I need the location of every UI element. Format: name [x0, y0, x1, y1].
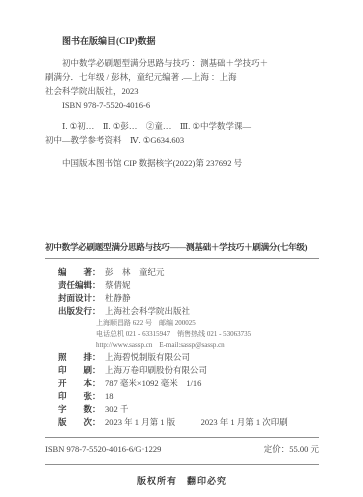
cip-classification: Ⅰ. ①初… Ⅱ. ①彭… ②童… Ⅲ. ①中学数学课— 初中—教学参考资料 Ⅳ…	[45, 119, 319, 147]
colophon-row-cover-design: 封面设计： 杜静静	[58, 292, 319, 305]
cip-record-line: 初中数学必刷题型满分思路与技巧 ：测基础＋学技巧＋	[45, 56, 319, 70]
cip-record-line: 社会科学院出版社，2023	[45, 84, 319, 98]
colophon-label: 封面设计：	[58, 292, 105, 305]
colophon: 编 著： 彭 林 童纪元 责任编辑： 蔡倩妮 封面设计： 杜静静 出版发行： 上…	[58, 266, 319, 429]
cip-isbn: ISBN 978-7-5520-4016-6	[62, 98, 319, 112]
publisher-website-email: http://www.sassp.cn E-mail:sassp@sassp.c…	[96, 340, 319, 351]
colophon-row-typesetting: 照 排： 上海碧悦制版有限公司	[58, 351, 319, 364]
cip-classification-line: 初中—教学参考资料 Ⅳ. ①G634.603	[45, 133, 319, 147]
book-title: 初中数学必刷题型满分思路与技巧——测基础＋学技巧＋刷满分(七年级)	[45, 240, 319, 254]
colophon-row-publisher: 出版发行： 上海社会科学院出版社	[58, 305, 319, 318]
cip-registry-number: 中国版本图书馆 CIP 数据核字(2022)第 237692 号	[62, 156, 319, 170]
price: 定价：55.00 元	[264, 443, 319, 456]
colophon-label: 版 次：	[58, 416, 105, 429]
colophon-row-format: 开 本： 787 毫米×1092 毫米 1/16	[58, 377, 319, 390]
colophon-label: 照 排：	[58, 351, 105, 364]
colophon-label: 责任编辑：	[58, 279, 105, 292]
colophon-row-author: 编 著： 彭 林 童纪元	[58, 266, 319, 279]
cip-record-paragraph: 初中数学必刷题型满分思路与技巧 ：测基础＋学技巧＋ 刷满分．七年级 / 彭林，童…	[45, 56, 319, 98]
colophon-value: 上海碧悦制版有限公司	[105, 351, 190, 364]
copyright-page: 图书在版编目(CIP)数据 初中数学必刷题型满分思路与技巧 ：测基础＋学技巧＋ …	[0, 0, 363, 497]
cip-heading: 图书在版编目(CIP)数据	[62, 34, 319, 48]
publisher-phone: 电话总机 021 - 63315947 销售热线 021 - 53063735	[96, 329, 319, 340]
colophon-row-word-count: 字 数： 302 千	[58, 403, 319, 416]
colophon-row-editor: 责任编辑： 蔡倩妮	[58, 279, 319, 292]
colophon-row-edition: 版 次： 2023 年 1 月第 1 版 2023 年 1 月第 1 次印刷	[58, 416, 319, 429]
isbn-number: ISBN 978-7-5520-4016-6/G·1229	[45, 443, 161, 456]
publisher-address: 上海顺昌路 622 号 邮编 200025	[96, 318, 319, 329]
isbn-price-row: ISBN 978-7-5520-4016-6/G·1229 定价：55.00 元	[45, 438, 319, 460]
colophon-value: 302 千	[105, 403, 128, 416]
divider	[45, 464, 319, 465]
colophon-label: 出版发行：	[58, 305, 105, 318]
divider	[45, 258, 319, 259]
cip-record-line: 刷满分．七年级 / 彭林，童纪元编著 .—上海 ：上海	[45, 70, 319, 84]
colophon-value: 2023 年 1 月第 1 版 2023 年 1 月第 1 次印刷	[105, 416, 288, 429]
colophon-value: 彭 林 童纪元	[105, 266, 165, 279]
colophon-label: 印 刷：	[58, 364, 105, 377]
colophon-row-sheets: 印 张： 18	[58, 390, 319, 403]
colophon-value: 上海万卷印刷股份有限公司	[105, 364, 207, 377]
colophon-value: 上海社会科学院出版社	[105, 305, 190, 318]
colophon-value: 杜静静	[105, 292, 131, 305]
colophon-label: 印 张：	[58, 390, 105, 403]
colophon-value: 787 毫米×1092 毫米 1/16	[105, 377, 201, 390]
copyright-notice: 版权所有 翻印必究	[45, 474, 319, 488]
colophon-row-printing: 印 刷： 上海万卷印刷股份有限公司	[58, 364, 319, 377]
colophon-value: 18	[105, 390, 114, 403]
colophon-label: 开 本：	[58, 377, 105, 390]
cip-classification-line: Ⅰ. ①初… Ⅱ. ①彭… ②童… Ⅲ. ①中学数学课—	[45, 119, 319, 133]
colophon-label: 字 数：	[58, 403, 105, 416]
colophon-label: 编 著：	[58, 266, 105, 279]
colophon-value: 蔡倩妮	[105, 279, 131, 292]
